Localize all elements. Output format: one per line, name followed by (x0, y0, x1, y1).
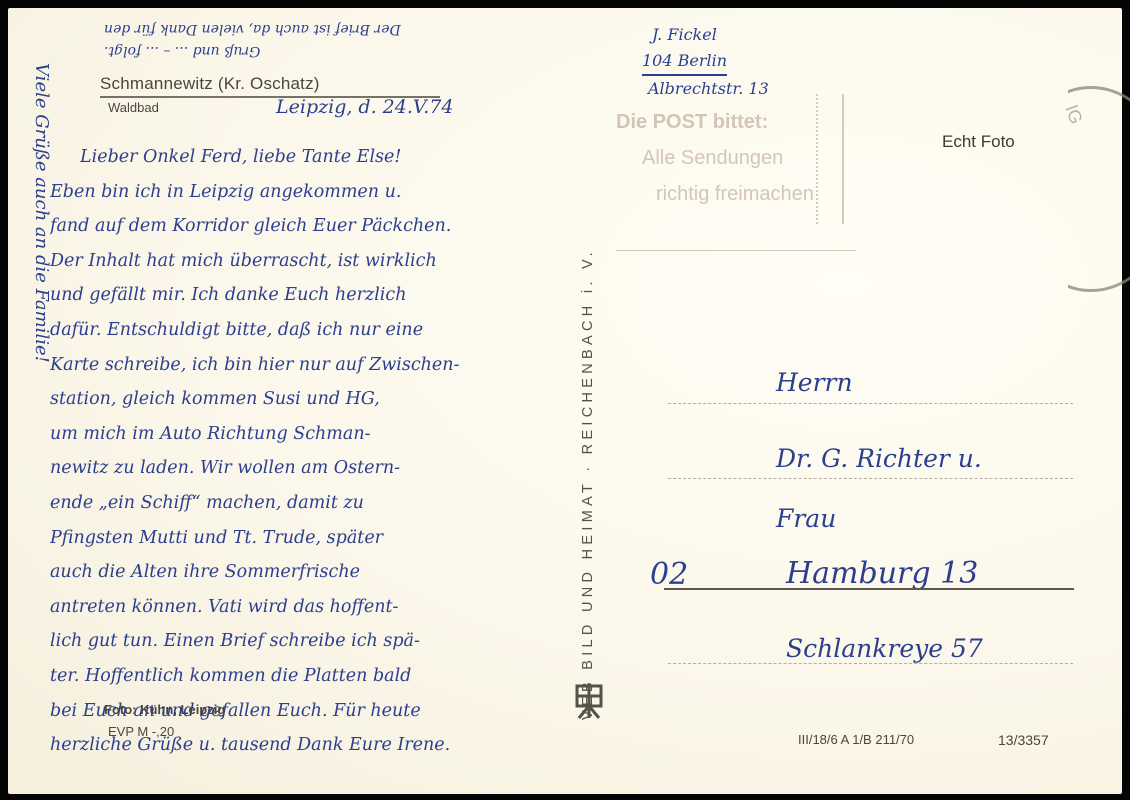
recipient-line-3: Frau (776, 504, 836, 533)
letter-line: ter. Hoffentlich kommen die Platten bald (50, 659, 610, 694)
stamp-perforation (816, 94, 844, 224)
recipient-postal-code: 02 (650, 557, 688, 592)
city-line (664, 588, 1074, 590)
letter-line: Karte schreibe, ich bin hier nur auf Zwi… (50, 348, 610, 383)
recipient-street: Schlankreye 57 (786, 634, 983, 663)
letter-line: auch die Alten ihre Sommerfrische (50, 555, 610, 590)
letter-line: antreten können. Vati wird das hoffent- (50, 590, 610, 625)
handwritten-date: Leipzig, d. 24.V.74 (276, 96, 454, 118)
echt-foto-label: Echt Foto (942, 132, 1015, 152)
letter-line: newitz zu laden. Wir wollen am Ostern- (50, 451, 610, 486)
recipient-line-2: Dr. G. Richter u. (776, 444, 982, 473)
letter-line: lich gut tun. Einen Brief schreibe ich s… (50, 624, 610, 659)
slogan-line: Alle Sendungen (616, 140, 846, 176)
letter-line: dafür. Entschuldigt bitte, daß ich nur e… (50, 313, 610, 348)
letter-body: Lieber Onkel Ferd, liebe Tante Else! Ebe… (50, 140, 610, 763)
letter-line: und gefällt mir. Ich danke Euch herzlich (50, 278, 610, 313)
letter-line: um mich im Auto Richtung Schman- (50, 417, 610, 452)
address-line (668, 403, 1073, 404)
sender-street: Albrechtstr. 13 (642, 76, 769, 102)
publisher-logo-icon (574, 684, 604, 720)
letter-line: Eben bin ich in Leipzig angekommen u. (50, 175, 610, 210)
reference-number: 13/3357 (998, 732, 1049, 748)
letter-line: ende „ein Schiff“ machen, damit zu (50, 486, 610, 521)
upside-down-note: Gruß und ... – ... folgt. Der Brief ist … (104, 18, 584, 62)
left-margin-note: Viele Grüße auch an die Familie! (31, 63, 52, 623)
price-label: EVP M -,20 (108, 724, 174, 739)
letter-line: Pfingsten Mutti und Tt. Trude, später (50, 521, 610, 556)
letter-line: Lieber Onkel Ferd, liebe Tante Else! (50, 140, 610, 175)
letter-line: Der Inhalt hat mich überrascht, ist wirk… (50, 244, 610, 279)
reference-code: III/18/6 A 1/B 211/70 (798, 732, 914, 747)
slogan-cancellation: Die POST bittet: Alle Sendungen richtig … (616, 104, 846, 212)
photo-credit: Foto: Kühn, Leipzig (104, 702, 225, 717)
card-subtitle: Waldbad (108, 100, 159, 115)
recipient-city: Hamburg 13 (786, 556, 978, 591)
address-line (668, 478, 1073, 479)
publisher-vertical-text: VEB BILD UND HEIMAT · REICHENBACH i. V. (580, 248, 596, 720)
sender-address: J. Fickel 104 Berlin Albrechtstr. 13 (642, 22, 769, 102)
address-line (668, 663, 1073, 664)
upside-note-line: Der Brief ist auch da, vielen Dank für d… (104, 18, 584, 40)
recipient-line-1: Herrn (776, 368, 853, 397)
letter-line: station, gleich kommen Susi und HG, (50, 382, 610, 417)
postcard-back: Gruß und ... – ... folgt. Der Brief ist … (8, 8, 1122, 794)
cancellation-rule (616, 250, 856, 251)
sender-city: 104 Berlin (642, 48, 727, 76)
slogan-line: Die POST bittet: (616, 104, 846, 140)
upside-note-line: Gruß und ... – ... folgt. (104, 40, 584, 62)
slogan-line: richtig freimachen (616, 176, 846, 212)
letter-line: fand auf dem Korridor gleich Euer Päckch… (50, 209, 610, 244)
card-title: Schmannewitz (Kr. Oschatz) (100, 74, 320, 94)
sender-name: J. Fickel (642, 22, 769, 48)
